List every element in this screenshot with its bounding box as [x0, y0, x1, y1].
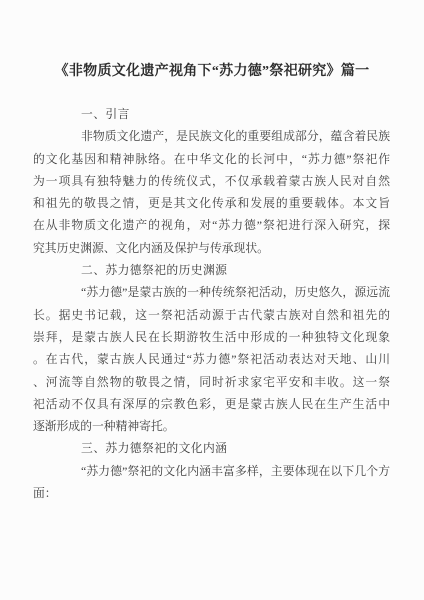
text-line: “苏力德”是蒙古族的一种传统祭祀活动，历史悠久，源远流 — [33, 281, 390, 303]
document-title: 《非物质文化遗产视角下“苏力德”祭祀研究》篇一 — [0, 62, 424, 82]
text-line: 和祖先的敬畏之情，更是其文化传承和发展的重要载体。本文旨 — [33, 192, 390, 214]
text-line: 面： — [33, 482, 390, 504]
text-line: 、河流等自然物的敬畏之情，同时祈求家宅平安和丰收。这一祭 — [33, 371, 390, 393]
document-body: 一、引言非物质文化遗产，是民族文化的重要组成部分，蕴含着民族的文化基因和精神脉络… — [0, 103, 424, 504]
section-heading: 一、引言 — [33, 103, 390, 125]
text-line: 长。据史书记载，这一祭祀活动源于古代蒙古族对自然和祖先的 — [33, 304, 390, 326]
text-line: 的文化基因和精神脉络。在中华文化的长河中，“苏力德”祭祀作 — [33, 148, 390, 170]
text-line: 逐渐形成的一种精神寄托。 — [33, 415, 390, 437]
paragraph: “苏力德”祭祀的文化内涵丰富多样，主要体现在以下几个方面： — [33, 460, 390, 505]
paragraph: 非物质文化遗产，是民族文化的重要组成部分，蕴含着民族的文化基因和精神脉络。在中华… — [33, 125, 390, 259]
text-line: 为一项具有独特魅力的传统仪式，不仅承载着蒙古族人民对自然 — [33, 170, 390, 192]
paragraph: “苏力德”是蒙古族的一种传统祭祀活动，历史悠久，源远流长。据史书记载，这一祭祀活… — [33, 281, 390, 437]
text-line: 非物质文化遗产，是民族文化的重要组成部分，蕴含着民族 — [33, 125, 390, 147]
text-line: 崇拜，是蒙古族人民在长期游牧生活中形成的一种独特文化现象 — [33, 326, 390, 348]
text-line: “苏力德”祭祀的文化内涵丰富多样，主要体现在以下几个方 — [33, 460, 390, 482]
text-line: 祀活动不仅具有深厚的宗教色彩，更是蒙古族人民在生产生活中 — [33, 393, 390, 415]
text-line: 。在古代，蒙古族人民通过“苏力德”祭祀活动表达对天地、山川 — [33, 348, 390, 370]
text-line: 在从非物质文化遗产的视角，对“苏力德”祭祀进行深入研究，探 — [33, 214, 390, 236]
text-line: 究其历史渊源、文化内涵及保护与传承现状。 — [33, 237, 390, 259]
section-heading: 二、苏力德祭祀的历史渊源 — [33, 259, 390, 281]
section-heading: 三、苏力德祭祀的文化内涵 — [33, 437, 390, 459]
document-page: 《非物质文化遗产视角下“苏力德”祭祀研究》篇一 一、引言非物质文化遗产，是民族文… — [0, 0, 424, 600]
